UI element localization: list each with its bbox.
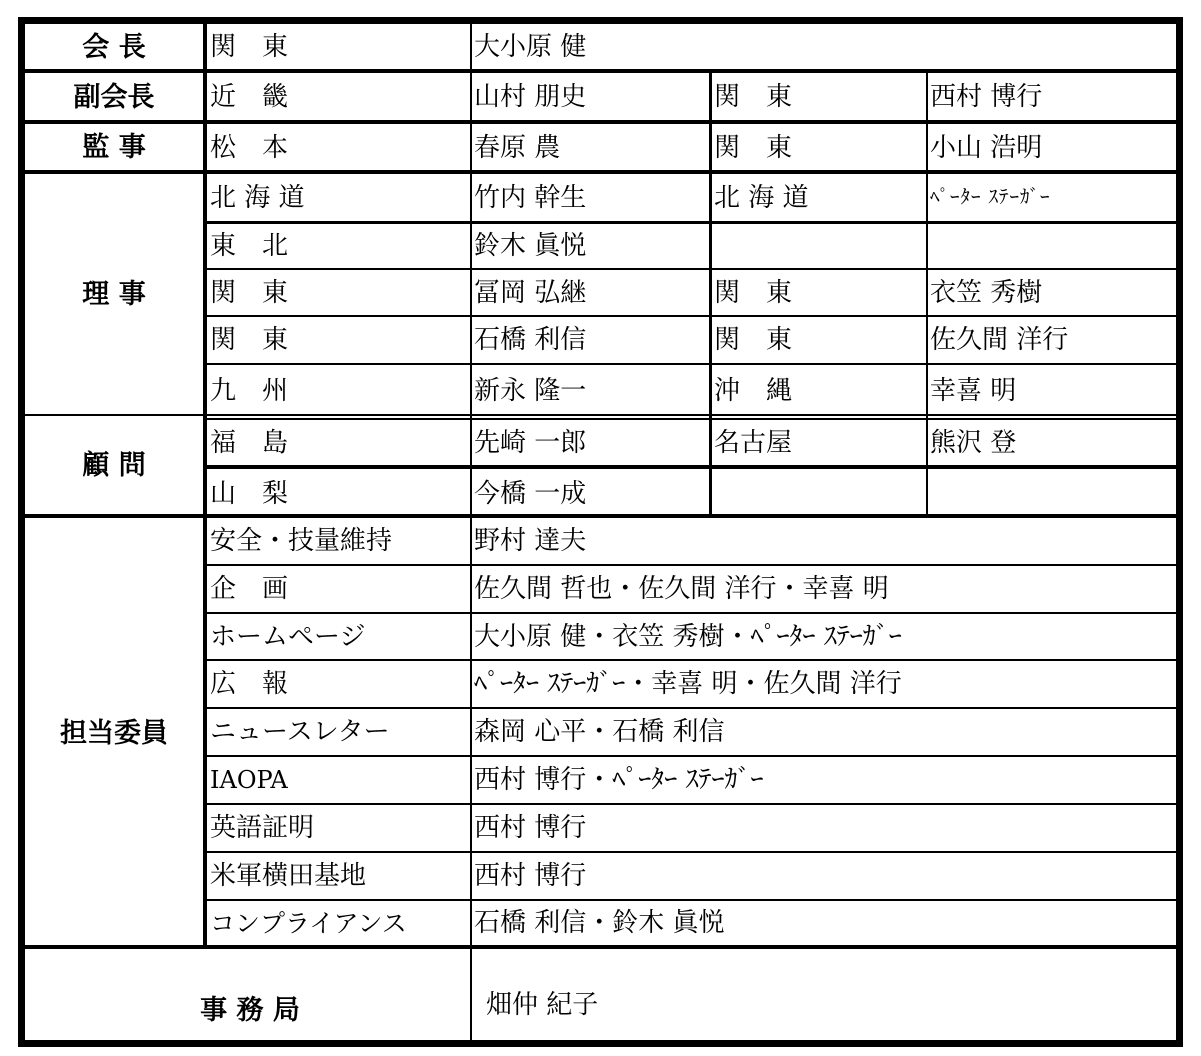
name-cell: 先崎 一郎 <box>474 420 586 465</box>
committee-members: 佐久間 哲也・佐久間 洋行・幸喜 明 <box>474 566 889 612</box>
name-cell: 山村 朋史 <box>474 73 586 121</box>
region-cell: 関 東 <box>714 124 792 171</box>
committee-members: 森岡 心平・石橋 利信 <box>474 709 725 755</box>
committee-area: IAOPA <box>210 757 288 803</box>
region-cell: 北 海 道 <box>714 174 809 221</box>
region-cell: 福 島 <box>210 420 288 465</box>
committee-members: ﾍﾟｰﾀｰ ｽﾃｰｶﾞｰ・幸喜 明・佐久間 洋行 <box>474 661 902 707</box>
col-divider-4 <box>926 70 928 516</box>
row-divider <box>205 465 1176 469</box>
committee-members: 西村 博行・ﾍﾟｰﾀｰ ｽﾃｰｶﾞｰ <box>474 757 764 803</box>
committee-area: ホームページ <box>210 614 365 659</box>
region-cell: 関 東 <box>210 317 288 363</box>
secretariat-name: 畑仲 紀子 <box>486 980 598 1030</box>
row-divider <box>205 221 1176 224</box>
region-cell: 関 東 <box>714 73 792 121</box>
region-cell: 山 梨 <box>210 469 288 519</box>
committee-members: 大小原 健・衣笠 秀樹・ﾍﾟｰﾀｰ ｽﾃｰｶﾞｰ <box>474 614 902 659</box>
name-cell: 小山 浩明 <box>930 124 1042 171</box>
region-cell: 関 東 <box>210 270 288 315</box>
committee-area: 企 画 <box>210 566 288 612</box>
name-cell: 佐久間 洋行 <box>930 317 1068 363</box>
name-cell: 冨岡 弘継 <box>474 270 586 315</box>
name-cell: 新永 隆一 <box>474 365 586 417</box>
name-cell: 熊沢 登 <box>930 420 1016 465</box>
region-cell: 松 本 <box>210 124 288 171</box>
region-cell: 九 州 <box>210 365 288 417</box>
committee-area: ニュースレター <box>210 709 390 755</box>
role-secretariat: 事 務 局 <box>100 985 400 1035</box>
region-cell: 名古屋 <box>714 420 792 465</box>
role-directors: 理 事 <box>25 174 203 414</box>
committee-area: 安全・技量維持 <box>210 518 392 564</box>
committee-area: コンプライアンス <box>210 901 407 945</box>
col-divider-1 <box>203 24 207 947</box>
committee-area: 英語証明 <box>210 805 314 851</box>
name-cell: 大小原 健 <box>474 24 586 70</box>
committee-members: 西村 博行 <box>474 805 586 851</box>
name-cell: 幸喜 明 <box>930 365 1016 417</box>
row-divider <box>205 363 1176 365</box>
row-divider <box>205 418 1176 420</box>
role-president: 会 長 <box>25 24 203 70</box>
col-divider-2 <box>470 24 472 1040</box>
region-cell: 東 北 <box>210 224 288 268</box>
row-divider <box>205 803 1176 805</box>
col-divider-3 <box>709 70 712 516</box>
region-cell: 関 東 <box>210 24 288 70</box>
name-cell: 衣笠 秀樹 <box>930 270 1042 315</box>
region-cell: 関 東 <box>714 270 792 315</box>
name-cell: ﾍﾟｰﾀｰ ｽﾃｰｶﾞｰ <box>930 174 1051 221</box>
role-auditor: 監 事 <box>25 124 203 171</box>
name-cell: 今橋 一成 <box>474 469 586 519</box>
region-cell: 沖 縄 <box>714 365 792 417</box>
role-vice-president: 副会長 <box>25 73 203 121</box>
region-cell: 北 海 道 <box>210 174 305 221</box>
region-cell: 関 東 <box>714 317 792 363</box>
committee-members: 石橋 利信・鈴木 眞悦 <box>474 901 725 945</box>
committee-members: 西村 博行 <box>474 853 586 899</box>
name-cell: 春原 農 <box>474 124 560 171</box>
role-committee: 担当委員 <box>25 518 203 948</box>
name-cell: 石橋 利信 <box>474 317 586 363</box>
region-cell: 近 畿 <box>210 73 288 121</box>
role-advisors: 顧 問 <box>25 416 203 514</box>
committee-members: 野村 達夫 <box>474 518 586 564</box>
name-cell: 西村 博行 <box>930 73 1042 121</box>
name-cell: 鈴木 眞悦 <box>474 224 586 268</box>
name-cell: 竹内 幹生 <box>474 174 586 221</box>
committee-area: 米軍横田基地 <box>210 853 366 899</box>
committee-area: 広 報 <box>210 661 288 707</box>
